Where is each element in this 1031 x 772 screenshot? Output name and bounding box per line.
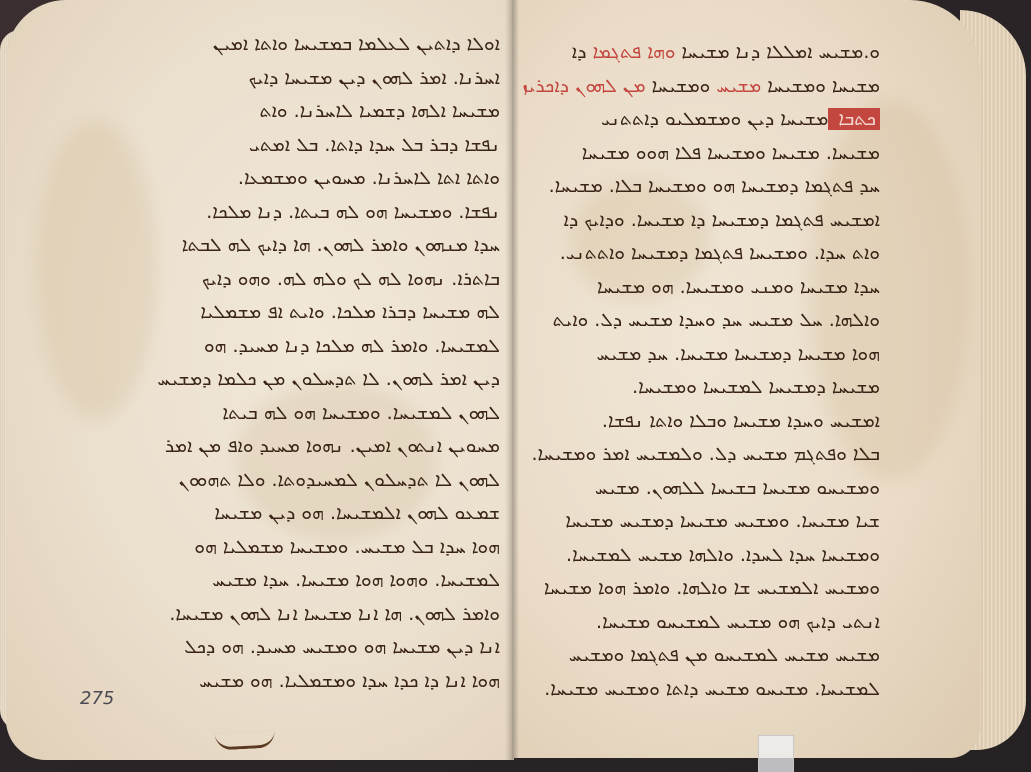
text-segment: ܘܡܫܝܚܐ <box>646 75 711 97</box>
text-line: ܟܬܒܐ ܡܫܝܚܐ ܕܝܢ ܘܡܫܡܠܝܘ ܕܐܬܬܢܝ <box>520 103 880 137</box>
text-line: ܘܐܬ ܚܕܐ. ܘܡܫܝܚܐ ܦܬܓܡܐ ܕܡܫܝܚܐ ܘܐܬܬܢܝ. <box>520 237 880 271</box>
folio-number: 275 <box>80 688 114 709</box>
text-line: ܫܝܐ ܡܫܝܚܐ. ܘܡܫܝܚ ܡܫܝܚܐ ܕܡܫܝܚ ܡܫܝܚܐ <box>520 505 880 539</box>
text-segment: ܘܡܫܝܚܘ ܡܫܝܚܐ ܒܫܝܚܐ ܠܠܗܘܢ. ܡܫܝܚ <box>595 477 880 499</box>
text-segment: ܐܡܫܝܚ ܦܬܓܡܐ ܕܡܫܝܚܐ ܕܐ ܡܫܝܚܐ. ܘܕܐܝܟ ܕܐ <box>564 209 881 231</box>
text-line: ܡܚܘܝܢ ܐܢܬܘܢ ܐܡܝܢ. ܢܗܘܐ ܡܚܝܕ ܘܐܦ ܡܢ ܐܡܪ <box>100 430 500 464</box>
text-line: ܚܕܐ ܡܢܗܘܢ ܘܐܡܪ ܠܗܘܢ. ܗܐ ܕܐܝܟ ܠܗ ܠܒܬܐ <box>100 229 500 263</box>
text-segment: ܐܢܬܝ ܕܐܝܟ ܗܘ ܡܫܝܚ ܠܡܫܝܚܘ ܡܫܝܚܐ. <box>596 611 880 633</box>
text-line: ܘ.ܡܫܝܚ ܐܡܠܠܐ ܕܢܐ ܡܫܝܚܐ ܘܗܐ ܦܬܓܡܐ ܕܐ <box>520 36 880 70</box>
text-segment: ܘܐܬ ܚܕܐ. ܘܡܫܝܚܐ ܦܬܓܡܐ ܕܡܫܝܚܐ ܘܐܬܬܢܝ. <box>560 242 880 264</box>
text-line: ܗܘܐ ܡܫܝܚܐ ܕܡܫܝܚܐ ܡܫܝܚܐ. ܚܕ ܡܫܝܚ <box>520 338 880 372</box>
rubric-text: ܘܗܐ ܦܬܓܡܐ <box>587 41 676 63</box>
text-line: ܡܫܝܚܐ ܘܡܫܝܚܐ ܡܫܝܚ ܘܡܫܝܚܐ ܡܢ ܠܗܘܢ ܕܐܟܪܝܙ <box>520 70 880 104</box>
text-line: ܐܢܐ ܕܝܢ ܡܫܝܚܐ ܗܘ ܘܡܫܝܚ ܡܚܝܕ. ܗܘ ܕܟܠ <box>100 631 500 665</box>
text-line: ܘܡܫܝܚ ܐܠܡܫܝܚ ܫܐ ܘܐܠܗܐ. ܘܐܡܪ ܗܘܐ ܡܫܝܚܐ <box>520 572 880 606</box>
text-segment: ܗܘܐ ܡܫܝܚܐ ܕܡܫܝܚܐ ܡܫܝܚܐ. ܚܕ ܡܫܝܚ <box>596 343 880 365</box>
rubric-text: ܡܫܝܚ <box>710 75 761 97</box>
text-line: ܡܫܝܚ ܡܫܝܚ ܠܡܫܝܚܘ ܡܢ ܦܬܓܡܐ ܘܡܫܝܚ <box>520 639 880 673</box>
text-line: ܘܐܡܪ ܠܗܘܢ. ܗܐ ܐܢܐ ܡܫܝܚܐ ܐܢܐ ܠܗܘܢ ܡܫܝܚܐ. <box>100 598 500 632</box>
text-line: ܐܡܫܝܚ ܘܚܕܐ ܡܫܝܚܐ ܘܒܠܐ ܘܐܬܐ ܢܦܫܐ. <box>520 405 880 439</box>
text-line: ܢܦܫܐ ܕܒܪ ܒܠ ܚܕܐ ܕܐܬܐ. ܒܠ ܐܡܬܝ <box>100 129 500 163</box>
text-segment: ܐܡܫܝܚ ܘܚܕܐ ܡܫܝܚܐ ܘܒܠܐ ܘܐܬܐ ܢܦܫܐ. <box>602 410 880 432</box>
text-line: ܡܫܝܚܐ ܐܠܗܐ ܕܫܡܝܐ ܠܐܚܪܢܐ. ܘܐܬ <box>100 95 500 129</box>
text-line: ܒܐܬܪܐ. ܢܗܘܐ ܠܗ ܠܟ ܘܠܗ ܠܗ. ܘܗܘ ܕܐܝܟ <box>100 263 500 297</box>
text-line: ܠܗܘܢ ܠܡܫܝܚܐ. ܘܡܫܝܚܐ ܗܘ ܠܗ ܒܝܬܐ <box>100 397 500 431</box>
text-line: ܘܡܫܝܚܐ ܚܕܐ ܠܚܕܐ. ܘܐܠܗܐ ܡܫܝܚ ܠܡܫܝܚܐ. <box>520 539 880 573</box>
text-line: ܐܢܬܝ ܕܐܝܟ ܗܘ ܡܫܝܚ ܠܡܫܝܚܘ ܡܫܝܚܐ. <box>520 606 880 640</box>
rubric-text: ܡܢ ܠܗܘܢ ܕܐܟܪܝܙ <box>522 75 645 97</box>
text-line: ܫܡܥܘ ܠܗܘܢ ܐܠܡܫܝܚܐ. ܗܘ ܕܝܢ ܡܫܝܚܐ <box>100 497 500 531</box>
text-line: ܢܦܫܐ. ܘܡܫܝܚܐ ܗܘ ܠܗ ܒܝܬܐ. ܕܢܐ ܡܠܟܐ. <box>100 196 500 230</box>
book-gutter <box>505 0 519 760</box>
text-line: ܠܡܫܝܚܐ. ܘܐܡܪ ܠܗ ܡܠܟܐ ܕܢܐ ܡܚܝܕ. ܗܘ <box>100 330 500 364</box>
text-segment: ܡܫܝܚܐ ܕܝܢ ܘܡܫܡܠܝܘ ܕܐܬܬܢܝ <box>601 108 828 130</box>
page-marker-tab <box>758 735 794 772</box>
text-line: ܘܡܫܝܚܘ ܡܫܝܚܐ ܒܫܝܚܐ ܠܠܗܘܢ. ܡܫܝܚ <box>520 472 880 506</box>
text-line: ܠܡܫܝܚܐ. ܡܫܝܚܘ ܡܫܝܚ ܕܐܬܐ ܘܡܫܝܚ ܡܫܝܚܐ. <box>520 673 880 707</box>
text-line: ܘܐܠܗܐ. ܚܠ ܡܫܝܚ ܚܕ ܘܚܕܐ ܡܫܝܚ ܕܠ. ܘܐܝܬ <box>520 304 880 338</box>
text-line: ܚܕ ܦܬܓܡܐ ܕܡܫܝܚܐ ܗܘ ܘܡܫܝܚܐ ܒܠܐ. ܡܫܝܚܐ. <box>520 170 880 204</box>
text-line: ܡܫܝܚܐ ܕܡܫܝܚܐ ܠܡܫܝܚܐ ܘܡܫܝܚܐ. <box>520 371 880 405</box>
text-segment: ܘܡܫܝܚܐ ܚܕܐ ܠܚܕܐ. ܘܐܠܗܐ ܡܫܝܚ ܠܡܫܝܚܐ. <box>566 544 880 566</box>
text-segment: ܠܡܫܝܚܐ. ܡܫܝܚܘ ܡܫܝܚ ܕܐܬܐ ܘܡܫܝܚ ܡܫܝܚܐ. <box>544 678 880 700</box>
text-segment: ܡܫܝܚܐ ܘܡܫܝܚܐ <box>761 75 880 97</box>
text-segment: ܘܡܫܝܚ ܐܠܡܫܝܚ ܫܐ ܘܐܠܗܐ. ܘܐܡܪ ܗܘܐ ܡܫܝܚܐ <box>544 577 880 599</box>
text-segment: ܘ.ܡܫܝܚ ܐܡܠܠܐ ܕܢܐ ܡܫܝܚܐ <box>675 41 880 63</box>
text-line: ܚܕܐ ܡܫܝܚܐ ܘܡܢܝ ܘܡܫܝܚܐ. ܗܘ ܡܫܝܚܐ <box>520 271 880 305</box>
text-segment: ܕܐ <box>572 41 587 63</box>
text-segment: ܚܕ ܦܬܓܡܐ ܕܡܫܝܚܐ ܗܘ ܘܡܫܝܚܐ ܒܠܐ. ܡܫܝܚܐ. <box>549 175 880 197</box>
text-segment: ܚܕܐ ܡܫܝܚܐ ܘܡܢܝ ܘܡܫܝܚܐ. ܗܘ ܡܫܝܚܐ <box>597 276 880 298</box>
text-line: ܗܘܐ ܚܕܐ ܒܠ ܡܫܝܚ. ܘܡܫܝܚܐ ܡܫܡܠܝܐ ܗܘ <box>100 531 500 565</box>
text-line: ܠܗ ܡܫܝܚܐ ܕܒܪܐ ܡܠܟܐ. ܘܐܝܬ ܐܦ ܡܫܡܠܝܐ <box>100 296 500 330</box>
text-segment: ܡܫܝܚ ܡܫܝܚ ܠܡܫܝܚܘ ܡܢ ܦܬܓܡܐ ܘܡܫܝܚ <box>569 644 880 666</box>
rubric-heading: ܟܬܒܐ <box>828 108 880 130</box>
text-segment: ܒܠܐ ܘܦܬܓܡ ܡܫܝܚ ܕܠ. ܘܠܡܫܝܚ ܐܡܪ ܘܡܫܝܚܐ. <box>532 443 881 465</box>
text-line: ܠܗܘܢ ܠܐ ܬܕܚܠܘܢ ܠܡܚܝܕܘܬܐ. ܘܠܐ ܬܗܘܘܢ <box>100 464 500 498</box>
text-line: ܐܘܠܐ ܕܐܬܝܢ ܠܥܠܡܐ ܒܡܫܝܚܐ ܘܐܬܐ ܐܡܝܢ <box>100 28 500 62</box>
text-segment: ܫܝܐ ܡܫܝܚܐ. ܘܡܫܝܚ ܡܫܝܚܐ ܕܡܫܝܚ ܡܫܝܚܐ <box>565 510 880 532</box>
text-segment: ܡܫܝܚܐ. ܡܫܝܚܐ ܘܡܫܝܚܐ ܦܠܐ ܗܘܘ ܡܫܝܚܐ <box>582 142 880 164</box>
left-text-column: ܐܘܠܐ ܕܐܬܝܢ ܠܥܠܡܐ ܒܡܫܝܚܐ ܘܐܬܐ ܐܡܝܢܐܚܪܢܐ. … <box>100 28 500 698</box>
text-line: ܘܐܬܐ ܐܬܐ ܠܐܚܪܢܐ. ܡܚܘܝܢ ܘܡܫܡܥܐ. <box>100 162 500 196</box>
text-line: ܗܘܐ ܐܢܐ ܕܐ ܟܕܐ ܚܕܐ ܘܡܫܡܠܝܐ. ܗܘ ܡܫܝܚ <box>100 665 500 699</box>
text-line: ܒܠܐ ܘܦܬܓܡ ܡܫܝܚ ܕܠ. ܘܠܡܫܝܚ ܐܡܪ ܘܡܫܝܚܐ. <box>520 438 880 472</box>
right-text-column: ܘ.ܡܫܝܚ ܐܡܠܠܐ ܕܢܐ ܡܫܝܚܐ ܘܗܐ ܦܬܓܡܐ ܕܐ ܡܫܝܚ… <box>520 36 880 706</box>
text-line: ܐܡܫܝܚ ܦܬܓܡܐ ܕܡܫܝܚܐ ܕܐ ܡܫܝܚܐ. ܘܕܐܝܟ ܕܐ <box>520 204 880 238</box>
text-line: ܡܫܝܚܐ. ܡܫܝܚܐ ܘܡܫܝܚܐ ܦܠܐ ܗܘܘ ܡܫܝܚܐ <box>520 137 880 171</box>
text-line: ܐܚܪܢܐ. ܐܡܪ ܠܗܘܢ ܕܝܢ ܡܫܝܚܐ ܕܐܝܟ <box>100 62 500 96</box>
text-segment: ܘܐܠܗܐ. ܚܠ ܡܫܝܚ ܚܕ ܘܚܕܐ ܡܫܝܚ ܕܠ. ܘܐܝܬ <box>553 309 880 331</box>
text-segment: ܡܫܝܚܐ ܕܡܫܝܚܐ ܠܡܫܝܚܐ ܘܡܫܝܚܐ. <box>632 376 880 398</box>
text-line: ܕܝܢ ܐܡܪ ܠܗܘܢ. ܠܐ ܬܕܚܠܘܢ ܡܢ ܟܠܡܐ ܕܡܫܝܚ <box>100 363 500 397</box>
text-line: ܠܡܫܝܚܐ. ܘܗܘܐ ܗܘܐ ܡܫܝܚܐ. ܚܕܐ ܡܫܝܚ <box>100 564 500 598</box>
